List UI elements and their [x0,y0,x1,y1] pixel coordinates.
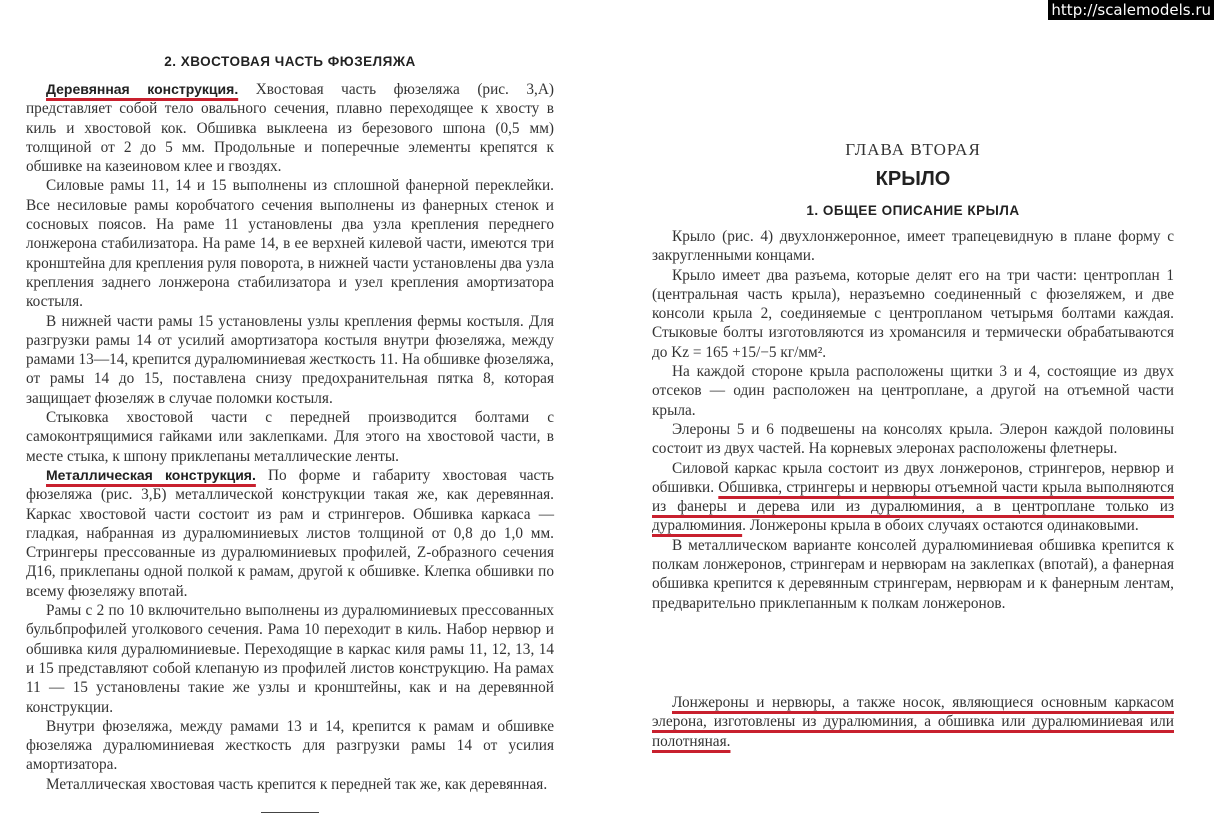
paragraph: Внутри фюзеляжа, между рамами 13 и 14, к… [26,717,554,775]
paragraph: Металлическая хвостовая часть крепится к… [26,775,554,794]
paragraph: На каждой стороне крыла расположены щитк… [652,362,1174,420]
paragraph: Деревянная конструкция. Хвостовая часть … [26,80,554,176]
paragraph-lead: Деревянная конструкция. [46,81,238,97]
chapter-label: ГЛАВА ВТОРАЯ [652,140,1174,160]
left-page: 2. ХВОСТОВАЯ ЧАСТЬ ФЮЗЕЛЯЖА Деревянная к… [26,0,554,813]
paragraph: Рамы с 2 по 10 включительно выполнены из… [26,601,554,717]
paragraph-lead: Металлическая конструкция. [46,467,256,483]
chapter-title: КРЫЛО [652,168,1174,191]
highlighted-note: Лонжероны и нервюры, а также носок, явля… [652,693,1174,751]
section-title: 2. ХВОСТОВАЯ ЧАСТЬ ФЮЗЕЛЯЖА [26,54,554,69]
paragraph: В металлическом варианте консолей дуралю… [652,536,1174,613]
right-page: ГЛАВА ВТОРАЯ КРЫЛО 1. ОБЩЕЕ ОПИСАНИЕ КРЫ… [652,0,1174,751]
paragraph: Силовые рамы 11, 14 и 15 выполнены из сп… [26,176,554,311]
paragraph: Стыковка хвостовой части с передней прои… [26,408,554,466]
section-title: 1. ОБЩЕЕ ОПИСАНИЕ КРЫЛА [652,203,1174,218]
paragraph: Крыло имеет два разъема, которые делят е… [652,266,1174,362]
end-rule [261,812,319,813]
paragraph: Силовой каркас крыла состоит из двух лон… [652,459,1174,536]
paragraph: Элероны 5 и 6 подвешены на консолях крыл… [652,420,1174,459]
paragraph: Крыло (рис. 4) двухлонжеронное, имеет тр… [652,227,1174,266]
paragraph: Металлическая конструкция. По форме и га… [26,466,554,601]
paragraph: В нижней части рамы 15 установлены узлы … [26,312,554,408]
